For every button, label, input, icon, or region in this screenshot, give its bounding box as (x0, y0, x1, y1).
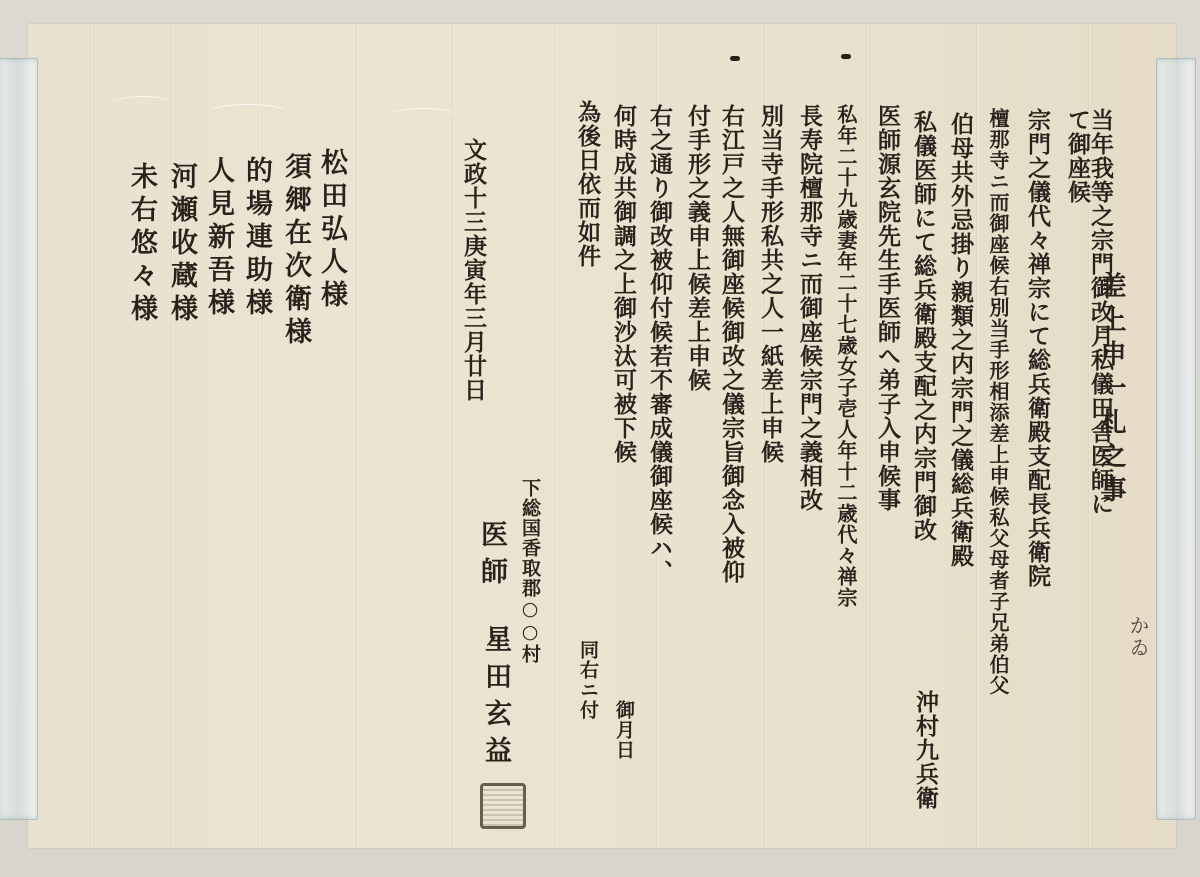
body-line-4: 伯母共外忌掛り親類之内宗門之儀総兵衛殿 (949, 112, 972, 632)
addressee-6: 未右悠々様 (128, 162, 155, 327)
signer-affiliation: 下総国香取郡○○村 (520, 478, 539, 664)
addressee-4: 人見新吾様 (205, 156, 232, 321)
addressee-1: 松田弘人様 (318, 148, 345, 313)
paper-fiber (208, 104, 288, 121)
addressee-3: 的場連助様 (243, 156, 270, 321)
margin-annotation: かゐ (1128, 615, 1148, 659)
body-line-10: 右江戸之人無御座候御改之儀宗旨御念入被仰 (720, 104, 743, 794)
signer-name: 星田玄益 (482, 625, 509, 773)
addressee-5: 河瀬收蔵様 (168, 162, 195, 327)
body-line-5: 私儀医師にて総兵衛殿支配之内宗門御改 (912, 110, 935, 630)
margin-name: 沖村九兵衛 (914, 690, 937, 810)
glass-display-weight-right (1156, 58, 1196, 820)
fold-line (870, 24, 872, 848)
body-line-9: 別当寺手形私共之人一紙差上申候 (759, 104, 782, 574)
paper-fiber (113, 96, 173, 111)
fold-line (90, 24, 92, 848)
body-line-7: 私年二十九歳妻年二十七歳女子壱人年十二歳代々禅宗 (836, 104, 856, 804)
body-line-8: 長寿院檀那寺ニ而御座候宗門之義相改 (798, 104, 821, 794)
body-line-11: 付手形之義申上候差上申候 (686, 104, 709, 564)
ink-dot-mark (730, 56, 740, 61)
body-line-14: 為後日依而如件 (576, 100, 599, 470)
ink-dot-mark (841, 54, 851, 59)
body-line-1: 当年我等之宗門御改月私儀田舎医師にて御座候 (1066, 108, 1112, 528)
body-line-2: 宗門之儀代々禅宗にて総兵衛殿支配長兵衛院 (1026, 108, 1049, 748)
document-date: 文政十三庚寅年三月廿日 (462, 138, 485, 438)
body-line-13: 何時成共御調之上御沙汰可被下候 (612, 104, 635, 644)
paper-fiber (388, 108, 458, 125)
seal-stamp (480, 783, 526, 829)
closing-fragment: 同右ニ付 (578, 640, 597, 720)
fold-line (171, 24, 173, 848)
fold-line (976, 24, 978, 848)
fold-line (262, 24, 264, 848)
body-line-12: 右之通り御改被仰付候若不審成儀御座候ハ、 (648, 104, 671, 804)
closing-fragment: 御月日 (614, 700, 633, 760)
body-line-3: 檀那寺ニ而御座候右別当手形相添差上申候私父母者子兄弟伯父 (988, 108, 1008, 798)
signer-title: 医師 (478, 520, 505, 594)
glass-display-weight-left (0, 58, 38, 820)
addressee-2: 須郷在次衛様 (282, 152, 309, 350)
fold-line (356, 24, 358, 848)
fold-line (452, 24, 454, 848)
fold-line (555, 24, 557, 848)
body-line-6: 医師源玄院先生手医師へ弟子入申候事 (876, 104, 899, 644)
